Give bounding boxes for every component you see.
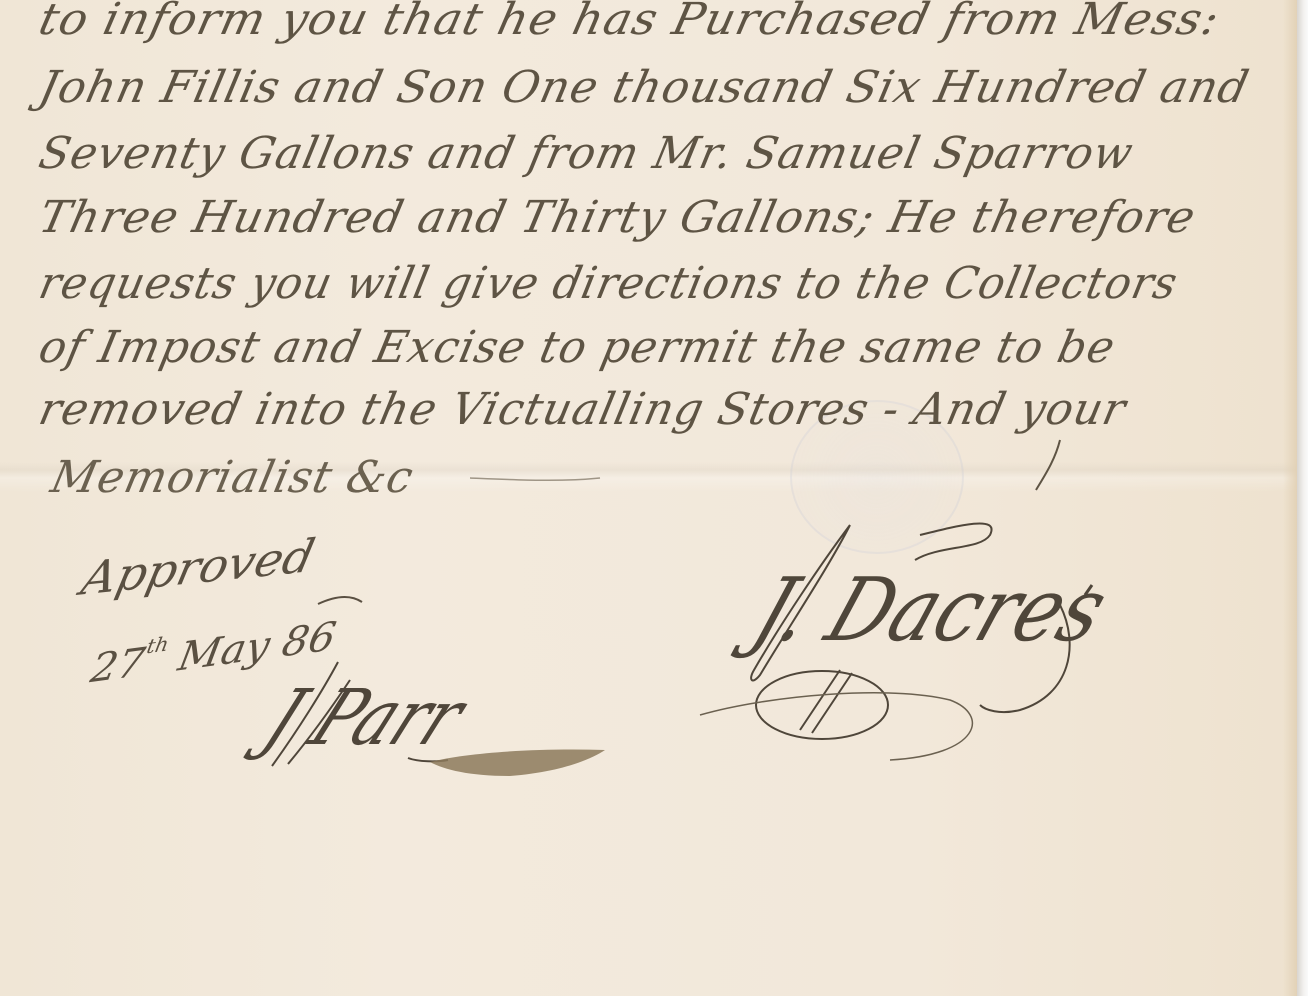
signatory-signature-flourish [690, 505, 1110, 765]
signatory-signature: J. Dacres [690, 505, 1110, 765]
document-photo: to inform you that he has Purchased from… [0, 0, 1308, 996]
seal-smudge [0, 0, 1308, 996]
